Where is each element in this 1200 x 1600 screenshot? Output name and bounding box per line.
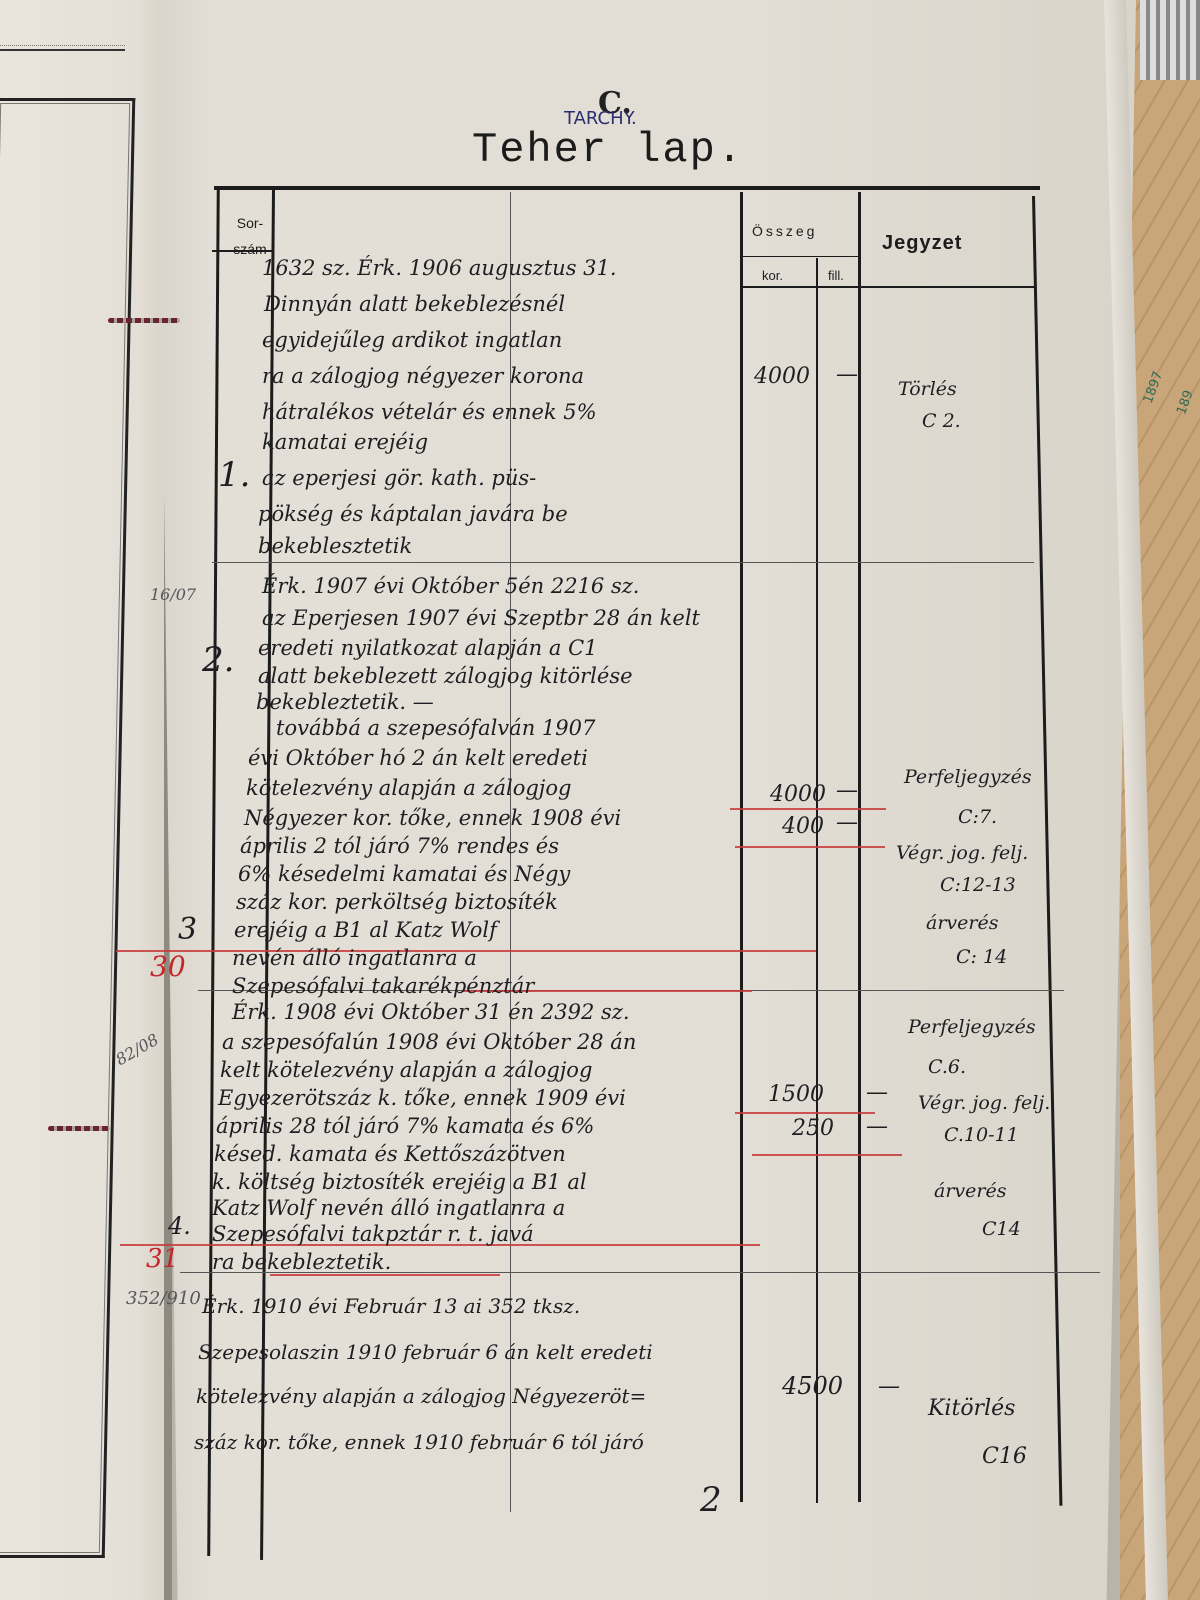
binding-thread bbox=[48, 1126, 110, 1131]
dotted-rule bbox=[0, 45, 125, 46]
header-kor: kor. bbox=[762, 268, 783, 283]
entry-text-line: évi Október hó 2 án kelt eredeti bbox=[248, 746, 588, 770]
page-continuation-mark: 2 bbox=[700, 1480, 722, 1520]
entry-number: 4. bbox=[168, 1212, 191, 1240]
header-sorszam-line1: Sor- bbox=[226, 210, 274, 236]
entry-text-line: Érk. 1908 évi Október 31 én 2392 sz. bbox=[232, 1000, 630, 1024]
amount-fill: — bbox=[866, 1080, 888, 1105]
background-pattern bbox=[1140, 0, 1200, 80]
note-line: Perfeljegyzés bbox=[908, 1016, 1036, 1038]
entry-text-line: az eperjesi gör. kath. püs- bbox=[262, 466, 536, 490]
entry-text-line: április 28 tól járó 7% kamata és 6% bbox=[216, 1114, 594, 1138]
page-frame bbox=[0, 98, 135, 1558]
amount-kor: 4000 bbox=[770, 782, 826, 807]
entry-text-line: hátralékos vételár és ennek 5% bbox=[262, 400, 597, 424]
entry-text-line: Dinnyán alatt bekeblezésnél bbox=[264, 292, 565, 316]
note-line: C16 bbox=[982, 1444, 1027, 1469]
red-margin-mark: 31 bbox=[146, 1244, 179, 1274]
left-facing-page bbox=[0, 0, 172, 1600]
rule bbox=[0, 49, 125, 51]
entry-number: 1. bbox=[218, 455, 250, 495]
entry-text-line: nevén álló ingatlanra a bbox=[232, 946, 752, 970]
header-divider-osszeg bbox=[740, 256, 858, 257]
binding-thread bbox=[108, 318, 180, 323]
entry-text-line: alatt bekeblezett zálogjog kitörlése bbox=[258, 664, 633, 688]
margin-pencil-note: 352/910 bbox=[126, 1288, 201, 1309]
header-jegyzet: Jegyzet bbox=[882, 232, 962, 255]
entry-text-line: az Eperjesen 1907 évi Szeptbr 28 án kelt bbox=[262, 606, 700, 630]
note-line: C 2. bbox=[922, 410, 961, 432]
entry-number: 3 bbox=[178, 912, 197, 947]
margin-pencil-note: 16/07 bbox=[150, 585, 196, 604]
row-divider bbox=[212, 562, 1034, 563]
red-rule bbox=[730, 808, 886, 810]
note-line: Kitörlés bbox=[928, 1396, 1015, 1421]
entry-text-line: kötelezvény alapján a zálogjog bbox=[246, 776, 571, 800]
entry-text-line: erejéig a B1 al Katz Wolf bbox=[234, 918, 497, 942]
entry-text-line: késed. kamata és Kettőszázötven bbox=[214, 1142, 566, 1166]
entry-text-line: ra a zálogjog négyezer korona bbox=[262, 364, 584, 388]
map-number: 189 bbox=[1174, 388, 1197, 416]
entry-text-line: bekebleztetik. — bbox=[256, 690, 434, 714]
col-border-kor-fill bbox=[816, 258, 818, 1503]
amount-kor: 1500 bbox=[768, 1082, 824, 1107]
page-title: Teher lap. bbox=[472, 126, 744, 174]
entry-text-line: Érk. 1910 évi Február 13 ai 352 tksz. bbox=[202, 1294, 580, 1318]
entry-text-line: a szepesófalún 1908 évi Október 28 án bbox=[222, 1030, 636, 1054]
amount-kor: 4000 bbox=[754, 364, 810, 389]
entry-text-line: Katz Wolf nevén álló ingatlanra a bbox=[212, 1196, 565, 1220]
header-fill: fill. bbox=[828, 268, 844, 283]
red-margin-mark: 30 bbox=[150, 950, 186, 983]
note-line: C: 14 bbox=[956, 946, 1007, 968]
entry-text-line: kamatai erejéig bbox=[262, 430, 428, 454]
note-line: Végr. jog. felj. bbox=[918, 1092, 1050, 1114]
red-rule bbox=[735, 1112, 875, 1114]
note-line: C14 bbox=[982, 1218, 1021, 1240]
note-line: Törlés bbox=[898, 378, 957, 400]
entry-text-line: április 2 tól járó 7% rendes és bbox=[240, 834, 559, 858]
entry-text-line: Szepesófalvi takarékpénztár bbox=[232, 974, 534, 998]
amount-fill: — bbox=[878, 1374, 900, 1399]
entry-number: 2. bbox=[202, 640, 234, 680]
entry-text-line: száz kor. tőke, ennek 1910 február 6 tól… bbox=[194, 1430, 644, 1454]
header-osszeg: Összeg bbox=[752, 223, 817, 239]
amount-fill: — bbox=[836, 810, 858, 835]
note-line: árverés bbox=[926, 912, 998, 934]
amount-kor: 400 bbox=[782, 814, 824, 839]
note-line: C.6. bbox=[928, 1056, 966, 1078]
entry-text-line: k. költség biztosíték erejéig a B1 al bbox=[212, 1170, 587, 1194]
note-line: C:7. bbox=[958, 806, 997, 828]
entry-text-line: 6% késedelmi kamatai és Négy bbox=[238, 862, 570, 886]
entry-text-line: Érk. 1907 évi Október 5én 2216 sz. bbox=[262, 574, 639, 598]
entry-text-line: bekeblesztetik bbox=[258, 534, 412, 558]
table-top-border bbox=[214, 186, 1040, 190]
amount-fill: — bbox=[836, 362, 858, 387]
entry-text-line: száz kor. perköltség biztosíték bbox=[236, 890, 558, 914]
entry-text-line: eredeti nyilatkozat alapján a C1 bbox=[258, 636, 598, 660]
red-rule bbox=[752, 1154, 902, 1156]
entry-text-line: ra bekebleztetik. bbox=[212, 1250, 391, 1274]
entry-text-line: Szepesófalvi takpztár r. t. javá bbox=[212, 1222, 534, 1246]
entry-text-line: továbbá a szepesófalván 1907 bbox=[276, 716, 595, 740]
note-line: C.10-11 bbox=[944, 1124, 1019, 1146]
header-bottom bbox=[740, 286, 1034, 288]
note-line: árverés bbox=[934, 1180, 1006, 1202]
entry-text-line: Egyezerötszáz k. tőke, ennek 1909 évi bbox=[218, 1086, 626, 1110]
entry-text-line: kelt kötelezvény alapján a zálogjog bbox=[220, 1058, 592, 1082]
map-number: 1897 bbox=[1141, 369, 1166, 405]
note-line: Végr. jog. felj. bbox=[896, 842, 1028, 864]
amount-fill: — bbox=[866, 1114, 888, 1139]
amount-fill: — bbox=[836, 778, 858, 803]
red-rule bbox=[735, 846, 885, 848]
red-rule bbox=[270, 1274, 500, 1276]
entry-text-line: Szepesolaszin 1910 február 6 án kelt ere… bbox=[198, 1340, 653, 1364]
entry-text-line: 1632 sz. Érk. 1906 augusztus 31. bbox=[262, 256, 617, 280]
note-line: C:12-13 bbox=[940, 874, 1016, 896]
amount-kor: 4500 bbox=[782, 1372, 843, 1400]
note-line: Perfeljegyzés bbox=[904, 766, 1032, 788]
entry-text-line: Négyezer kor. tőke, ennek 1908 évi bbox=[244, 806, 621, 830]
amount-kor: 250 bbox=[792, 1116, 834, 1141]
entry-text-line: kötelezvény alapján a zálogjog Négyezerö… bbox=[196, 1384, 646, 1408]
entry-text-line: pökség és káptalan javára be bbox=[258, 502, 568, 526]
header-sorszam: Sor- szám bbox=[226, 210, 274, 262]
entry-text-line: egyidejűleg ardikot ingatlan bbox=[262, 328, 562, 352]
